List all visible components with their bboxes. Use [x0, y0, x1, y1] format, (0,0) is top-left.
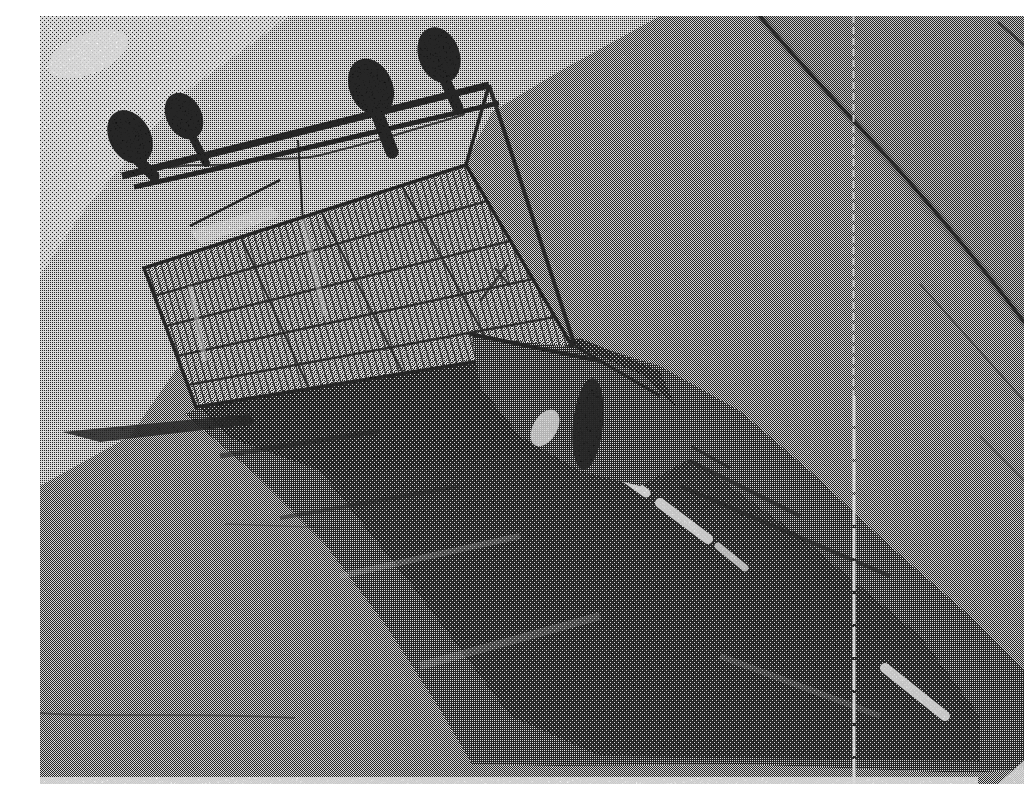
dithered-photograph: High-contrast black-and-white dithered h… — [40, 16, 1024, 784]
photo-canvas — [40, 16, 1024, 784]
grain-overlay — [40, 16, 1024, 784]
grain-light — [40, 16, 1024, 784]
